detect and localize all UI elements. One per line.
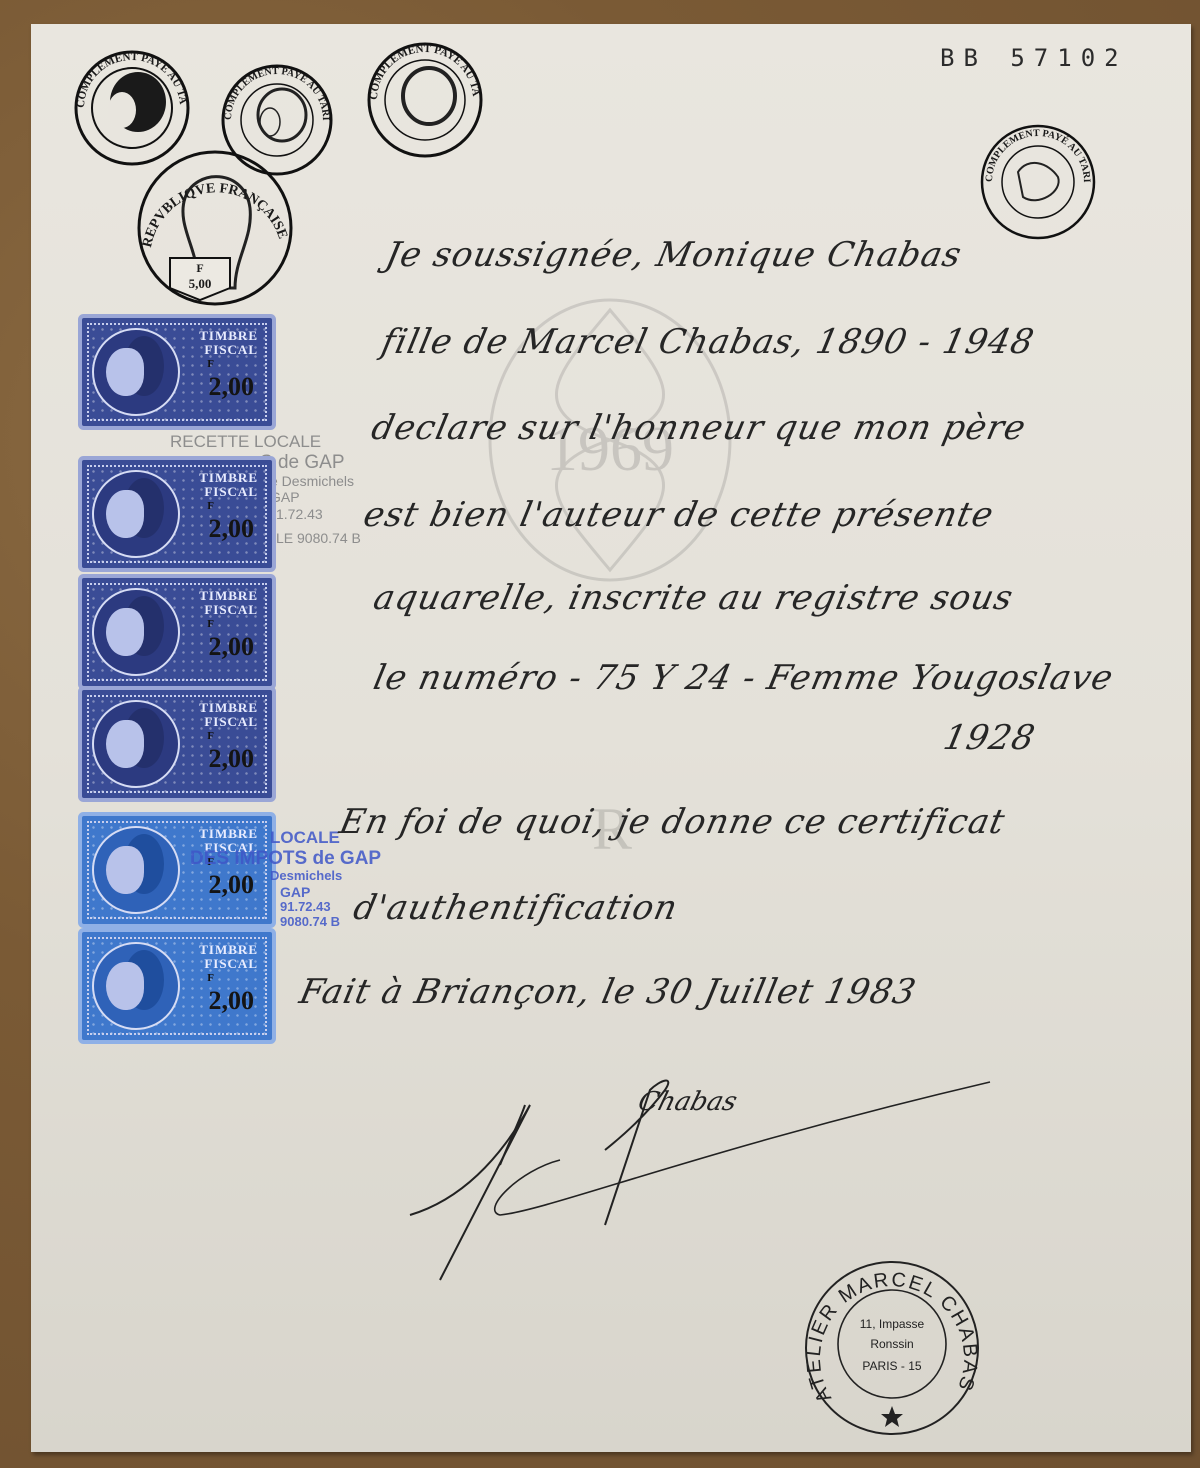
handwritten-line-2: fille de Marcel Chabas, 1890 - 1948 (378, 322, 1038, 362)
fiscal-stamp-4: TIMBREFISCAL F2,00 (82, 690, 272, 798)
seal-1977: COMPLEMENT PAYÉ AU TARIF DE 1977 (978, 122, 1098, 242)
stamp-line: Desmichels (190, 869, 381, 884)
handwritten-line-5: aquarelle, inscrite au registre sous (370, 578, 1017, 618)
handwritten-line-1: Je soussignée, Monique Chabas (382, 235, 965, 275)
svg-text:PARIS - 15: PARIS - 15 (862, 1359, 921, 1373)
handwritten-line-10: Fait à Briançon, le 30 Juillet 1983 (296, 972, 920, 1012)
fiscal-stamp-2: TIMBREFISCAL F2,00 (82, 460, 272, 568)
svg-text:5,00: 5,00 (189, 276, 212, 291)
svg-text:Ronssin: Ronssin (870, 1337, 913, 1351)
seal-republique-francaise: F 5,00 REPVBLIQVE FRANÇAISE (135, 148, 295, 308)
seal-1976: COMPLÉMENT PAYÉ AU TARIF DE 1976 (355, 40, 495, 165)
svg-text:REPVBLIQVE FRANÇAISE: REPVBLIQVE FRANÇAISE (140, 181, 290, 249)
handwritten-line-9: d'authentification (350, 888, 682, 928)
svg-text:COMPLEMENT PAYÉ AU TARIF DE 19: COMPLEMENT PAYÉ AU TARIF DE 1977 (978, 122, 1092, 183)
star-icon (881, 1406, 903, 1427)
svg-text:11, Impasse: 11, Impasse (860, 1317, 925, 1331)
svg-text:F: F (196, 261, 203, 275)
handwritten-line-4: est bien l'auteur de cette présente (360, 495, 998, 535)
atelier-stamp: ATELIER MARCEL CHABAS 11, Impasse Ronssi… (802, 1258, 982, 1438)
handwritten-line-3: declare sur l'honneur que mon père (368, 408, 1030, 448)
fiscal-stamp-3: TIMBREFISCAL F2,00 (82, 578, 272, 686)
stamp-line: DES IMPOTS de GAP (190, 848, 381, 870)
fiscal-stamp-6: TIMBREFISCAL F2,00 (82, 932, 272, 1040)
fiscal-stamp-1: TIMBREFISCAL F2,00 (82, 318, 272, 426)
stamp-line: RECETTE LOCALE (170, 432, 361, 452)
svg-text:Chabas: Chabas (635, 1086, 741, 1116)
handwritten-line-7: 1928 (940, 718, 1039, 758)
handwritten-line-8: En foi de quoi, je donne ce certificat (336, 802, 1009, 842)
handwritten-line-6: le numéro - 75 Y 24 - Femme Yougoslave (370, 658, 1117, 698)
stamp-line: GAP (190, 884, 381, 900)
serial-number: BB 57102 (940, 44, 1128, 72)
